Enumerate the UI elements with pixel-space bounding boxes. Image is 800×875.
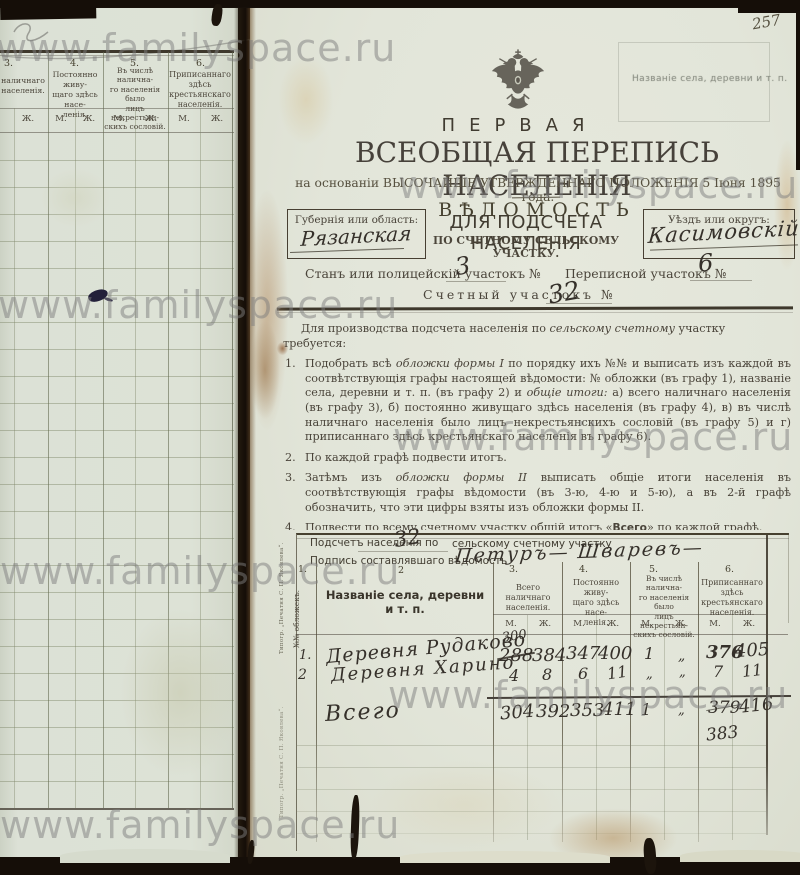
instruction-item-2-number: 2. <box>285 451 296 466</box>
photo-edge-top-left-corner <box>0 0 96 20</box>
instruction-item-3: 3. Затѣмъ изъ обложки формы II выписать … <box>283 471 791 515</box>
row2-value-zh6: 11 <box>741 660 763 681</box>
table-header-col1-text: №№ обложекъ. <box>292 590 301 648</box>
total-value-m5: 1 <box>641 700 651 719</box>
row2-number: 2 <box>298 667 307 683</box>
table-mzh-m6: М. <box>705 619 725 629</box>
table-mzh-zh3: Ж. <box>535 619 555 629</box>
row1-number: 1. <box>299 648 311 663</box>
total-value-zh5-ditto: „ <box>678 703 685 718</box>
table-mzh-m5: М. <box>637 619 657 629</box>
total-value-m4: 353 <box>570 700 604 721</box>
left-grid-v2 <box>48 52 49 808</box>
table-mzh-zh6: Ж. <box>739 619 759 629</box>
printer-imprint-upper: Типогр. „Печатня С. П. Яковлева“. <box>279 542 285 654</box>
total-label: Всего <box>324 698 401 727</box>
section-divider-rule-thin <box>277 312 793 313</box>
row2-value-zh3: 8 <box>542 665 552 684</box>
table-right-border <box>766 535 768 835</box>
table-header-col2: Названіе села, деревни и т. п. <box>320 588 490 616</box>
left-col-number-3: 3. <box>4 58 13 69</box>
table-col-number-1: 1. <box>298 564 307 575</box>
row2-value-m3: 4 <box>509 666 519 685</box>
instruction-item-4-number: 4. <box>285 521 296 530</box>
table-mzh-top-line <box>493 614 766 615</box>
instruction-item-1-number: 1. <box>285 357 296 372</box>
row1-value-m5: 1 <box>644 644 654 663</box>
table-col-number-6: 6. <box>725 564 734 575</box>
left-mzh-zh3: Ж. <box>18 114 38 124</box>
row1-value-m4: 347 <box>566 643 600 664</box>
table-mzh-zh5: Ж. <box>671 619 691 629</box>
instruction-item-1: 1. Подобрать всѣ обложки формы I по поря… <box>283 357 791 445</box>
total-value-zh4: 411 <box>602 699 636 720</box>
left-mzh-bottom-line <box>0 132 234 133</box>
left-mzh-m6: М. <box>174 114 194 124</box>
total-value-m3: 304 <box>499 701 535 725</box>
row2-value-zh5-ditto: „ <box>679 665 686 680</box>
table-divider-col1 <box>316 562 317 842</box>
row2-value-m5-ditto: „ <box>646 667 653 682</box>
left-grid-rows <box>0 134 234 808</box>
table-col-number-2: 2 <box>398 565 404 576</box>
paper-bottom-bump-3 <box>680 850 800 862</box>
left-header-col6: Приписаннаго здѣсь крестьянскаго населен… <box>168 70 232 110</box>
paper-bottom-bump-2 <box>400 851 610 863</box>
left-mzh-m4: М. <box>51 114 71 124</box>
instruction-item-3-number: 3. <box>285 471 296 486</box>
instruction-item-4-text: Подвести по всему счетному участку общій… <box>305 521 762 530</box>
schetny-label: Счетный участокъ № <box>423 287 616 302</box>
perepis-value-handwriting: 6 <box>697 249 714 278</box>
stan-underline <box>446 281 506 282</box>
title-pervaya: ПЕРВАЯ <box>300 115 740 136</box>
total-value-m6-struck: 379 <box>708 698 740 718</box>
instruction-item-3-text: Затѣмъ изъ обложки формы II выписать общ… <box>305 471 791 513</box>
instruction-item-4: 4. Подвести по всему счетному участку об… <box>283 521 791 530</box>
table-col-number-3: 3. <box>509 564 518 575</box>
scanned-census-document-photo: 3. 4. 5. 6. наличнаго населенія. Постоян… <box>0 0 800 875</box>
table-mzh-bottom-line <box>296 634 788 635</box>
table-col-number-4: 4. <box>579 564 588 575</box>
photo-edge-right-sliver <box>796 0 800 170</box>
binding-gutter <box>234 8 256 858</box>
perepis-underline <box>690 280 752 281</box>
schetny-underline <box>546 303 612 304</box>
left-grid-v6 <box>168 52 169 808</box>
table-caption-value-handwriting: 32 <box>392 524 422 552</box>
instruction-item-2: 2. По каждой графѣ подвести итогъ. <box>283 451 791 466</box>
stan-label: Станъ или полицейскій участокъ № <box>305 266 541 281</box>
instruction-item-1-text: Подобрать всѣ обложки формы I по порядку… <box>305 357 791 443</box>
left-grid-v4 <box>103 52 104 808</box>
total-value-zh3: 392 <box>536 701 570 722</box>
table-header-col6: Приписаннаго здѣсь крестьянскаго населен… <box>700 578 764 618</box>
left-col-number-4: 4. <box>70 58 79 69</box>
bleed-through-text: Названіе села, деревни и т. п. <box>632 74 787 84</box>
table-empty-row-line <box>296 789 766 790</box>
paper-bottom-bump-1 <box>60 849 230 863</box>
left-mzh-zh4: Ж. <box>79 114 99 124</box>
row2-value-m4: 6 <box>578 664 588 683</box>
left-header-col3: наличнаго населенія. <box>0 76 46 96</box>
photo-edge-top-right-corner <box>738 0 800 13</box>
row1-value-zh4: 400 <box>598 643 632 664</box>
left-mzh-top-line <box>0 108 234 109</box>
row1-value-zh5-ditto: „ <box>678 648 685 664</box>
left-mzh-zh6: Ж. <box>207 114 227 124</box>
total-value-zh6: 416 <box>738 693 774 717</box>
table-empty-row-line <box>296 767 766 768</box>
left-mzh-m5: М. <box>109 114 129 124</box>
left-grid-v5 <box>135 108 136 808</box>
table-empty-row-line <box>296 745 766 746</box>
row1-value-zh3: 384 <box>532 645 566 666</box>
left-mzh-zh5: Ж. <box>141 114 161 124</box>
table-header-col3: Всего наличнаго населенія. <box>495 583 561 613</box>
photo-edge-top <box>0 0 800 7</box>
table-empty-row-line <box>296 833 766 834</box>
table-empty-row-line <box>296 811 766 812</box>
left-grid-v1 <box>14 108 15 808</box>
imperial-eagle-emblem-icon <box>490 48 546 116</box>
left-col-number-6: 6. <box>196 58 205 69</box>
left-grid-v3 <box>75 108 76 808</box>
table-outer-right-line <box>788 533 789 623</box>
left-page-verso: 3. 4. 5. 6. наличнаго населенія. Постоян… <box>0 8 238 860</box>
total-m6-correction: 383 <box>705 722 739 745</box>
row2-value-zh4: 11 <box>606 662 629 684</box>
table-divider-col5 <box>698 562 699 842</box>
row1-value-zh6: 405 <box>734 639 770 662</box>
table-header-col1-vertical: №№ обложекъ. <box>299 575 315 641</box>
table-header-col5: Въ числѣ налична- го населенія было лицъ… <box>632 574 696 640</box>
instruction-item-2-text: По каждой графѣ подвести итогъ. <box>305 451 507 464</box>
schetny-value-handwriting: 32 <box>546 275 582 309</box>
table-mzh-zh4: Ж. <box>603 619 623 629</box>
printer-imprint-lower: Типогр. „Печатня С. П. Яковлева“. <box>279 706 285 818</box>
left-grid-v7 <box>200 108 201 808</box>
title-po-uchastku: ПО СЧЕТНОМУ СЕЛЬСКОМУ УЧАСТКУ. <box>415 234 637 260</box>
table-mzh-m4: М. <box>569 619 589 629</box>
instructions-intro: Для производства подсчета населенія по с… <box>283 322 791 351</box>
table-subdivider <box>664 615 665 840</box>
table-divider-col2 <box>493 562 494 842</box>
left-table-top-border <box>0 50 234 53</box>
left-grid-right-border <box>232 52 233 808</box>
left-table-bottom-border <box>0 808 234 810</box>
table-caption-underline <box>358 551 448 552</box>
row2-value-m6: 7 <box>713 662 723 681</box>
instructions-block: Для производства подсчета населенія по с… <box>283 322 791 530</box>
left-table-top-border-thin <box>0 55 234 56</box>
